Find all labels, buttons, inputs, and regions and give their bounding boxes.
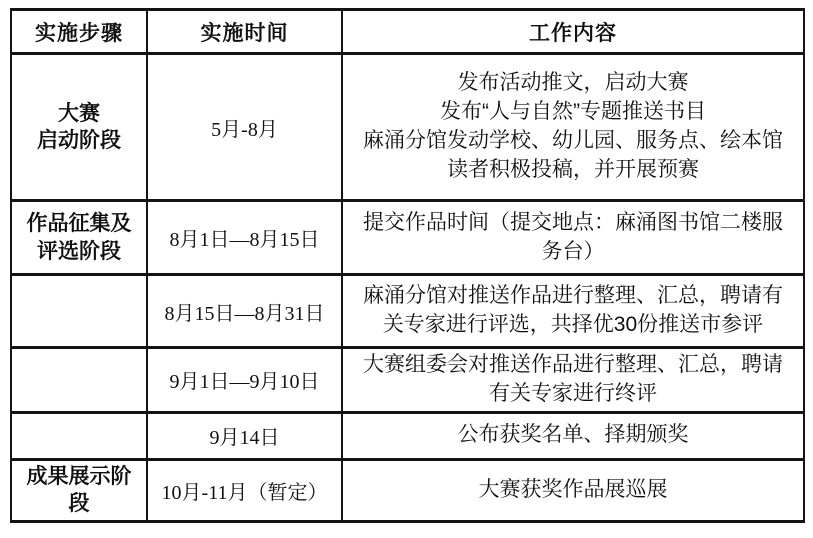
content-cell: 大赛获奖作品展巡展: [342, 459, 804, 521]
time-cell: 9月1日—9月10日: [147, 348, 342, 413]
page: 实施步骤 实施时间 工作内容 大赛 启动阶段 5月-8月 发布活动推文，启动大赛…: [0, 0, 813, 538]
time-cell: 5月-8月: [147, 54, 342, 201]
table-row: 成果展示阶 段 10月-11月（暂定） 大赛获奖作品展巡展: [11, 459, 804, 521]
time-cell: 8月1日—8月15日: [147, 201, 342, 275]
content-cell: 大赛组委会对推送作品进行整理、汇总，聘请 有关专家进行终评: [342, 348, 804, 413]
step-cell: 大赛 启动阶段: [11, 54, 147, 201]
content-cell: 发布活动推文，启动大赛 发布“人与自然”专题推送书目 麻涌分馆发动学校、幼儿园、…: [342, 54, 804, 201]
time-cell: 8月15日—8月31日: [147, 275, 342, 348]
header-cell-content: 工作内容: [342, 10, 804, 54]
schedule-table: 实施步骤 实施时间 工作内容 大赛 启动阶段 5月-8月 发布活动推文，启动大赛…: [10, 8, 805, 523]
table-row: 大赛 启动阶段 5月-8月 发布活动推文，启动大赛 发布“人与自然”专题推送书目…: [11, 54, 804, 201]
table-row: 9月1日—9月10日 大赛组委会对推送作品进行整理、汇总，聘请 有关专家进行终评: [11, 348, 804, 413]
content-cell: 公布获奖名单、择期颁奖: [342, 412, 804, 459]
table-row: 9月14日 公布获奖名单、择期颁奖: [11, 412, 804, 459]
step-cell: 作品征集及 评选阶段: [11, 201, 147, 275]
time-cell: 9月14日: [147, 412, 342, 459]
step-cell: [11, 275, 147, 348]
time-cell: 10月-11月（暂定）: [147, 459, 342, 521]
header-cell-time: 实施时间: [147, 10, 342, 54]
content-cell: 提交作品时间（提交地点：麻涌图书馆二楼服 务台）: [342, 201, 804, 275]
header-cell-step: 实施步骤: [11, 10, 147, 54]
table-row: 作品征集及 评选阶段 8月1日—8月15日 提交作品时间（提交地点：麻涌图书馆二…: [11, 201, 804, 275]
table-row: 8月15日—8月31日 麻涌分馆对推送作品进行整理、汇总，聘请有 关专家进行评选…: [11, 275, 804, 348]
step-cell: [11, 412, 147, 459]
step-cell: 成果展示阶 段: [11, 459, 147, 521]
step-cell: [11, 348, 147, 413]
table-header-row: 实施步骤 实施时间 工作内容: [11, 10, 804, 54]
content-cell: 麻涌分馆对推送作品进行整理、汇总，聘请有 关专家进行评选，共择优30份推送市参评: [342, 275, 804, 348]
